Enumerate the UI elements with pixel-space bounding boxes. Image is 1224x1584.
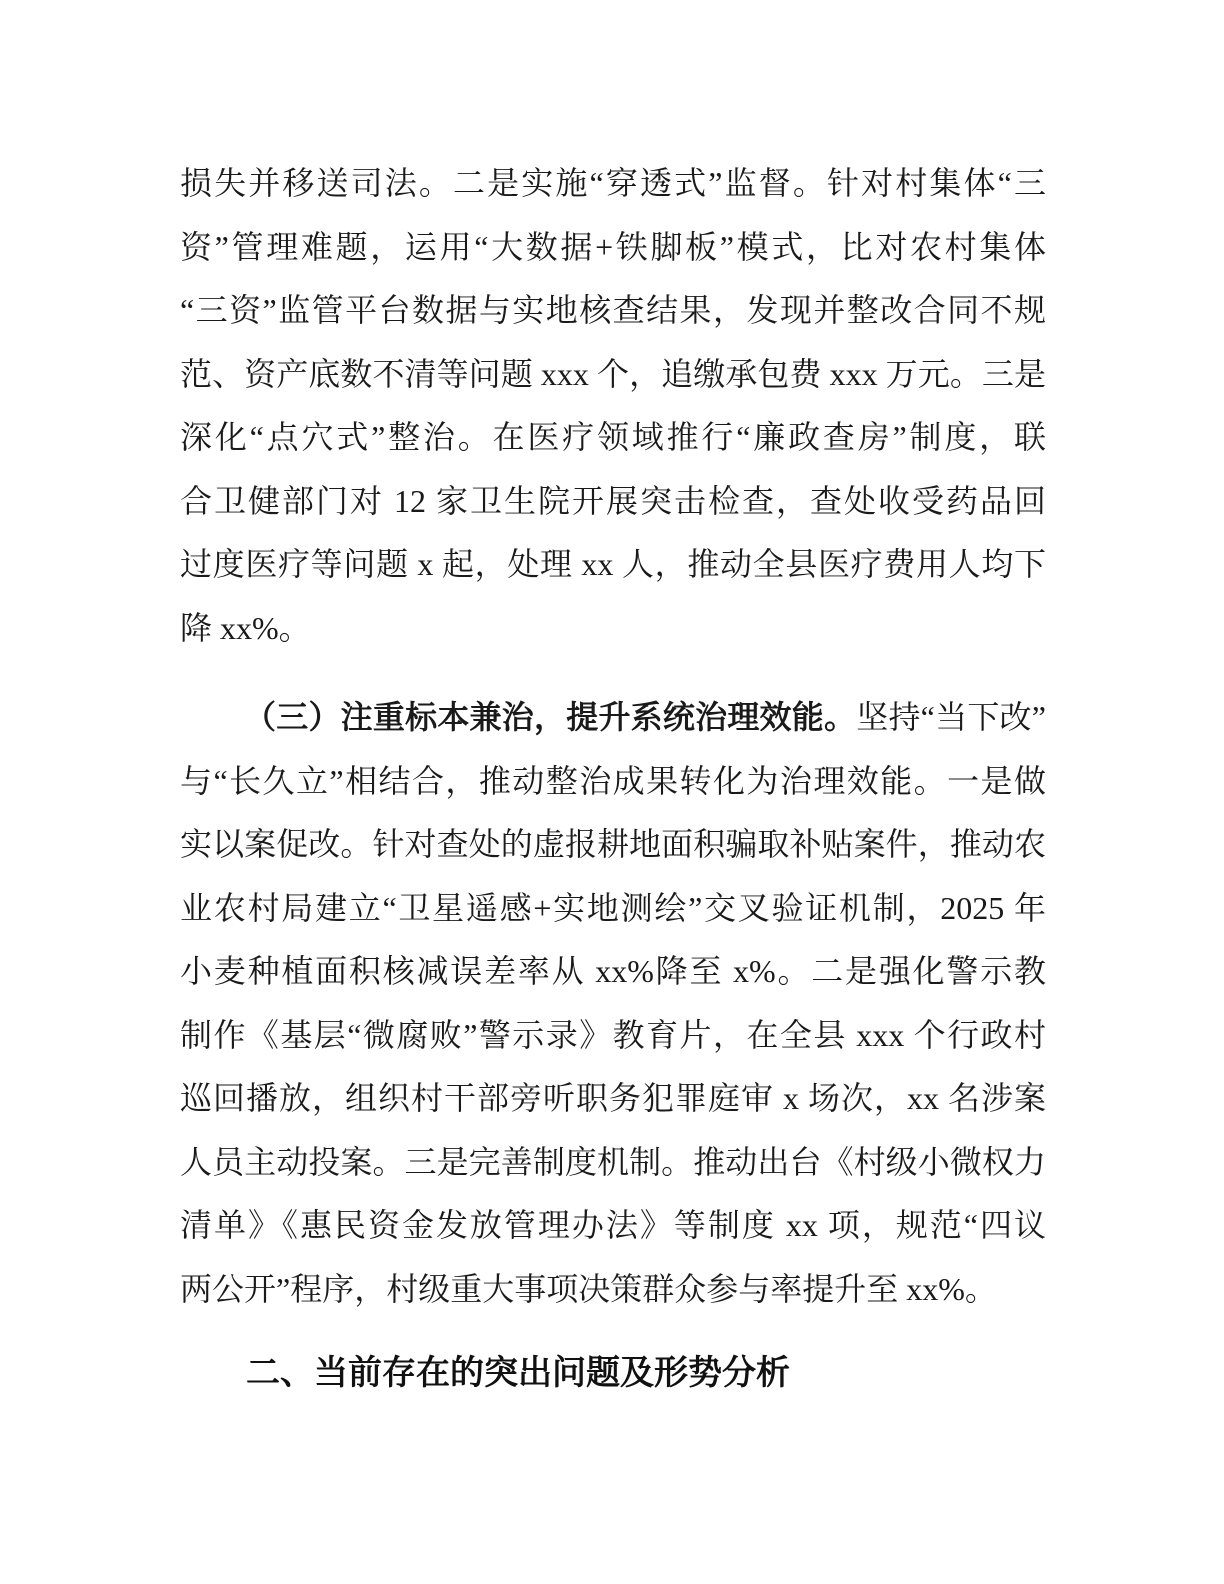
text-line: 降 xx%。 bbox=[180, 597, 1046, 661]
text-line: （三）注重标本兼治，提升系统治理效能。坚持“当下改” bbox=[180, 686, 1046, 750]
page-body: 损失并移送司法。二是实施“穿透式”监督。针对村集体“三 资”管理难题，运用“大数… bbox=[180, 152, 1046, 1405]
section-2-heading: 二、当前存在的突出问题及形势分析 bbox=[180, 1341, 1046, 1405]
document-page: 损失并移送司法。二是实施“穿透式”监督。针对村集体“三 资”管理难题，运用“大数… bbox=[0, 0, 1224, 1584]
text-line: 清单》《惠民资金发放管理办法》等制度 xx 项，规范“四议 bbox=[180, 1194, 1046, 1258]
text-line: 巡回播放，组织村干部旁听职务犯罪庭审 x 场次，xx 名涉案 bbox=[180, 1067, 1046, 1131]
paragraph-supervision-continuation: 损失并移送司法。二是实施“穿透式”监督。针对村集体“三 资”管理难题，运用“大数… bbox=[180, 152, 1046, 660]
text-line: 资”管理难题，运用“大数据+铁脚板”模式，比对农村集体 bbox=[180, 216, 1046, 280]
text-line: 过度医疗等问题 x 起，处理 xx 人，推动全县医疗费用人均下 bbox=[180, 533, 1046, 597]
text-line: 业农村局建立“卫星遥感+实地测绘”交叉验证机制，2025 年 bbox=[180, 877, 1046, 941]
text-line: 制作《基层“微腐败”警示录》教育片，在全县 xxx 个行政村 bbox=[180, 1004, 1046, 1068]
text-line: 人员主动投案。三是完善制度机制。推动出台《村级小微权力 bbox=[180, 1131, 1046, 1195]
lead-rest-text: 坚持“当下改” bbox=[856, 699, 1046, 735]
text-line: 小麦种植面积核减误差率从 xx%降至 x%。二是强化警示教育。 bbox=[180, 940, 1046, 1004]
text-line: 实以案促改。针对查处的虚报耕地面积骗取补贴案件，推动农 bbox=[180, 813, 1046, 877]
text-line: 合卫健部门对 12 家卫生院开展突击检查，查处收受药品回扣、 bbox=[180, 470, 1046, 534]
text-line: 范、资产底数不清等问题 xxx 个，追缴承包费 xxx 万元。三是 bbox=[180, 343, 1046, 407]
text-line: 两公开”程序，村级重大事项决策群众参与率提升至 xx%。 bbox=[180, 1258, 1046, 1322]
text-line: 损失并移送司法。二是实施“穿透式”监督。针对村集体“三 bbox=[180, 152, 1046, 216]
text-line: 深化“点穴式”整治。在医疗领域推行“廉政查房”制度，联 bbox=[180, 406, 1046, 470]
text-line: 与“长久立”相结合，推动整治成果转化为治理效能。一是做 bbox=[180, 750, 1046, 814]
paragraph-systemic-governance: （三）注重标本兼治，提升系统治理效能。坚持“当下改” 与“长久立”相结合，推动整… bbox=[180, 686, 1046, 1321]
subsection-3-lead: （三）注重标本兼治，提升系统治理效能。 bbox=[244, 699, 856, 735]
text-line: “三资”监管平台数据与实地核查结果，发现并整改合同不规 bbox=[180, 279, 1046, 343]
